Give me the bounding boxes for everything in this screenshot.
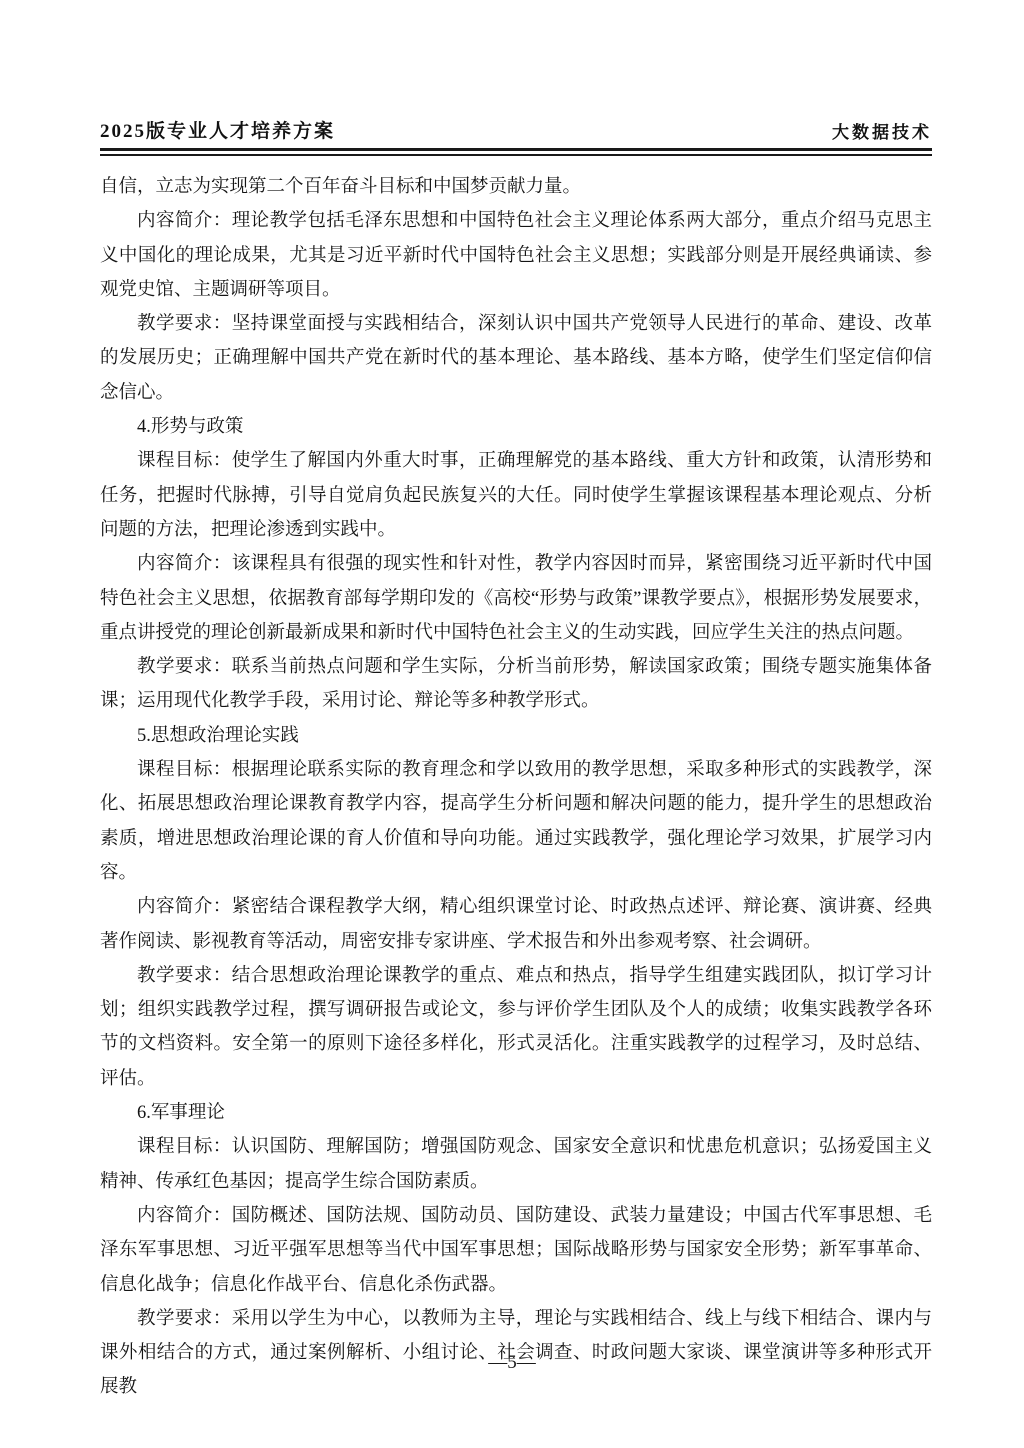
paragraph-teaching-req: 教学要求：坚持课堂面授与实践相结合，深刻认识中国共产党领导人民进行的革命、建设、…: [100, 307, 932, 410]
section-heading-5: 5.思想政治理论实践: [100, 719, 932, 753]
document-body: 自信，立志为实现第二个百年奋斗目标和中国梦贡献力量。 内容简介：理论教学包括毛泽…: [100, 170, 932, 1405]
section-heading-4: 4.形势与政策: [100, 410, 932, 444]
paragraph-course-goal: 课程目标：使学生了解国内外重大时事，正确理解党的基本路线、重大方针和政策，认清形…: [100, 444, 932, 547]
header-rule: [100, 148, 932, 156]
document-page: 2025版专业人才培养方案 大数据技术 自信，立志为实现第二个百年奋斗目标和中国…: [0, 0, 1024, 1448]
paragraph-continuation: 自信，立志为实现第二个百年奋斗目标和中国梦贡献力量。: [100, 170, 932, 204]
paragraph-teaching-req: 教学要求：结合思想政治理论课教学的重点、难点和热点，指导学生组建实践团队，拟订学…: [100, 959, 932, 1096]
paragraph-course-goal: 课程目标：根据理论联系实际的教育理念和学以致用的教学思想，采取多种形式的实践教学…: [100, 753, 932, 890]
header-right-title: 大数据技术: [832, 118, 932, 143]
page-header: 2025版专业人才培养方案 大数据技术: [100, 116, 932, 143]
paragraph-course-goal: 课程目标：认识国防、理解国防；增强国防观念、国家安全意识和忧患危机意识；弘扬爱国…: [100, 1130, 932, 1199]
paragraph-content-intro: 内容简介：理论教学包括毛泽东思想和中国特色社会主义理论体系两大部分，重点介绍马克…: [100, 204, 932, 307]
paragraph-content-intro: 内容简介：国防概述、国防法规、国防动员、国防建设、武装力量建设；中国古代军事思想…: [100, 1199, 932, 1302]
page-number: —5—: [488, 1352, 536, 1373]
section-heading-6: 6.军事理论: [100, 1096, 932, 1130]
page-footer: —5—: [0, 1352, 1024, 1374]
paragraph-teaching-req: 教学要求：联系当前热点问题和学生实际，分析当前形势，解读国家政策；围绕专题实施集…: [100, 650, 932, 719]
paragraph-content-intro: 内容简介：该课程具有很强的现实性和针对性，教学内容因时而异，紧密围绕习近平新时代…: [100, 547, 932, 650]
paragraph-content-intro: 内容简介：紧密结合课程教学大纲，精心组织课堂讨论、时政热点述评、辩论赛、演讲赛、…: [100, 890, 932, 959]
header-left-title: 2025版专业人才培养方案: [100, 116, 335, 143]
